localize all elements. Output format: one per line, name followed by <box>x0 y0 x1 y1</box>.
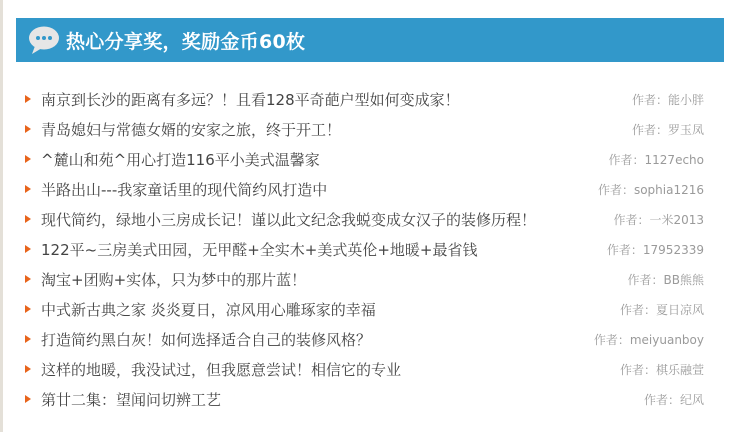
arrow-bullet-icon <box>25 245 31 253</box>
author-label: 作者：罗玉凤 <box>632 121 704 138</box>
author-label: 作者：BB熊熊 <box>628 271 704 288</box>
list-item: 打造简约黑白灰！如何选择适合自己的装修风格？ 作者：meiyuanboy <box>16 324 724 354</box>
arrow-bullet-icon <box>25 365 31 373</box>
article-link[interactable]: 半路出山---我家童话里的现代简约风打造中 <box>41 179 327 200</box>
arrow-bullet-icon <box>25 275 31 283</box>
list-item: 青岛媳妇与常德女婿的安家之旅，终于开工！ 作者：罗玉凤 <box>16 114 724 144</box>
list-item: 122平~三房美式田园，无甲醛+全实木+美式英伦+地暖+最省钱 作者：17952… <box>16 234 724 264</box>
article-link[interactable]: 打造简约黑白灰！如何选择适合自己的装修风格？ <box>41 329 371 350</box>
author-label: 作者：夏日凉风 <box>620 301 704 318</box>
arrow-bullet-icon <box>25 95 31 103</box>
arrow-bullet-icon <box>25 395 31 403</box>
page-left-border <box>0 0 3 432</box>
article-link[interactable]: 这样的地暖，我没试过，但我愿意尝试！相信它的专业 <box>41 359 401 380</box>
arrow-bullet-icon <box>25 305 31 313</box>
list-item: 第廿二集：望闻问切辨工艺 作者：纪风 <box>16 384 724 414</box>
list-item: 淘宝+团购+实体，只为梦中的那片蓝！ 作者：BB熊熊 <box>16 264 724 294</box>
list-item: 半路出山---我家童话里的现代简约风打造中 作者：sophia1216 <box>16 174 724 204</box>
author-label: 作者：sophia1216 <box>598 181 704 198</box>
author-label: 作者：一米2013 <box>613 211 704 228</box>
panel-header: 热心分享奖，奖励金币60枚 <box>16 18 724 62</box>
article-link[interactable]: 南京到长沙的距离有多远？！且看128平奇葩户型如何变成家！ <box>41 89 460 110</box>
arrow-bullet-icon <box>25 215 31 223</box>
arrow-bullet-icon <box>25 125 31 133</box>
author-label: 作者：纪风 <box>644 391 704 408</box>
author-label: 作者：棋乐融萱 <box>620 361 704 378</box>
arrow-bullet-icon <box>25 335 31 343</box>
author-label: 作者：17952339 <box>607 241 704 258</box>
list-item: 南京到长沙的距离有多远？！且看128平奇葩户型如何变成家！ 作者：能小胖 <box>16 84 724 114</box>
article-link[interactable]: ^麓山和苑^用心打造116平小美式温馨家 <box>41 149 320 170</box>
speech-bubble-icon <box>28 25 60 55</box>
author-label: 作者：1127echo <box>609 151 704 168</box>
article-link[interactable]: 现代简约，绿地小三房成长记！谨以此文纪念我蜕变成女汉子的装修历程！ <box>41 209 536 230</box>
list-item: 中式新古典之家 炎炎夏日，凉风用心雕琢家的幸福 作者：夏日凉风 <box>16 294 724 324</box>
article-list: 南京到长沙的距离有多远？！且看128平奇葩户型如何变成家！ 作者：能小胖 青岛媳… <box>16 84 724 414</box>
article-link[interactable]: 青岛媳妇与常德女婿的安家之旅，终于开工！ <box>41 119 341 140</box>
article-link[interactable]: 中式新古典之家 炎炎夏日，凉风用心雕琢家的幸福 <box>41 299 376 320</box>
article-link[interactable]: 第廿二集：望闻问切辨工艺 <box>41 389 221 410</box>
award-panel: 热心分享奖，奖励金币60枚 南京到长沙的距离有多远？！且看128平奇葩户型如何变… <box>16 18 724 414</box>
list-item: 现代简约，绿地小三房成长记！谨以此文纪念我蜕变成女汉子的装修历程！ 作者：一米2… <box>16 204 724 234</box>
panel-title: 热心分享奖，奖励金币60枚 <box>66 27 305 54</box>
list-item: ^麓山和苑^用心打造116平小美式温馨家 作者：1127echo <box>16 144 724 174</box>
article-link[interactable]: 淘宝+团购+实体，只为梦中的那片蓝！ <box>41 269 306 290</box>
arrow-bullet-icon <box>25 155 31 163</box>
article-link[interactable]: 122平~三房美式田园，无甲醛+全实木+美式英伦+地暖+最省钱 <box>41 239 477 260</box>
author-label: 作者：能小胖 <box>632 91 704 108</box>
arrow-bullet-icon <box>25 185 31 193</box>
list-item: 这样的地暖，我没试过，但我愿意尝试！相信它的专业 作者：棋乐融萱 <box>16 354 724 384</box>
author-label: 作者：meiyuanboy <box>594 331 704 348</box>
